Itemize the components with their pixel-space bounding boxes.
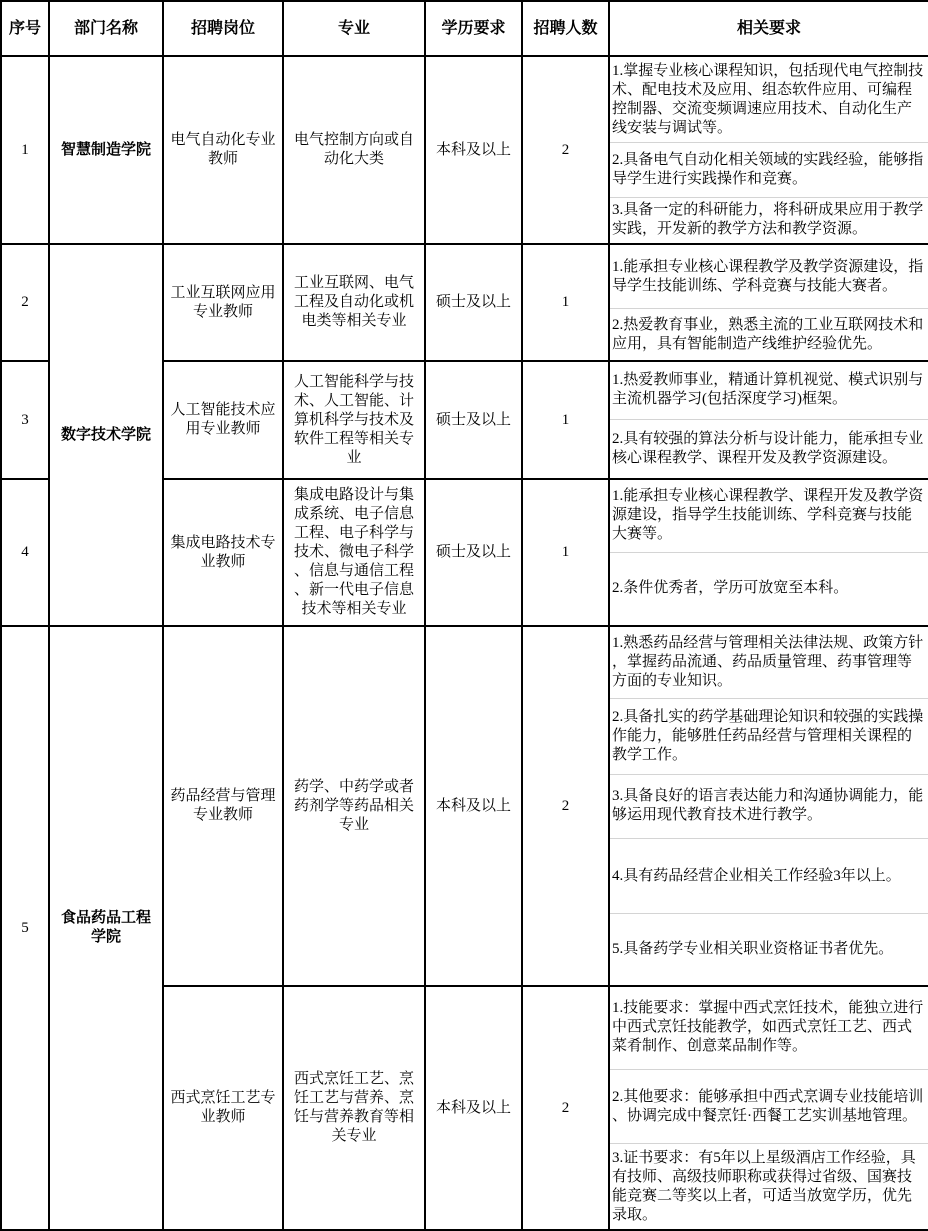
- education-cell: 本科及以上: [425, 986, 522, 1230]
- requirement-item: 2.条件优秀者，学历可放宽至本科。: [610, 552, 928, 625]
- seq-cell: 4: [1, 479, 49, 626]
- seq-cell: 2: [1, 244, 49, 361]
- requirements-cell: 1.能承担专业核心课程教学及教学资源建设，指导学生技能训练、学科竞赛与技能大赛者…: [609, 244, 928, 361]
- recruitment-table: 序号 部门名称 招聘岗位 专业 学历要求 招聘人数 相关要求 1 智慧制造学院 …: [0, 0, 928, 1231]
- requirement-item: 5.具备药学专业相关职业资格证书者优先。: [610, 913, 928, 985]
- department-cell: 食品药品工程学院: [49, 626, 163, 1230]
- col-header-requirements: 相关要求: [609, 1, 928, 56]
- position-cell: 人工智能技术应用专业教师: [163, 361, 283, 479]
- education-cell: 本科及以上: [425, 626, 522, 986]
- requirement-item: 2.具备电气自动化相关领域的实践经验，能够指导学生进行实践操作和竞赛。: [610, 142, 928, 197]
- requirements-list: 1.热爱教师事业，精通计算机视觉、模式识别与主流机器学习(包括深度学习)框架。 …: [610, 362, 928, 478]
- major-cell: 工业互联网、电气工程及自动化或机电类等相关专业: [283, 244, 425, 361]
- position-cell: 西式烹饪工艺专业教师: [163, 986, 283, 1230]
- requirements-cell: 1.掌握专业核心课程知识，包括现代电气控制技术、配电技术及应用、组态软件应用、可…: [609, 56, 928, 244]
- count-cell: 2: [522, 986, 609, 1230]
- requirements-cell: 1.能承担专业核心课程教学、课程开发及教学资源建设，指导学生技能训练、学科竞赛与…: [609, 479, 928, 626]
- col-header-education: 学历要求: [425, 1, 522, 56]
- seq-cell: 3: [1, 361, 49, 479]
- requirement-item: 1.能承担专业核心课程教学、课程开发及教学资源建设，指导学生技能训练、学科竞赛与…: [610, 480, 928, 552]
- position-cell: 药品经营与管理专业教师: [163, 626, 283, 986]
- major-cell: 药学、中药学或者药剂学等药品相关专业: [283, 626, 425, 986]
- count-cell: 2: [522, 56, 609, 244]
- requirement-item: 3.证书要求：有5年以上星级酒店工作经验，具有技师、高级技师职称或获得过省级、国…: [610, 1143, 928, 1229]
- position-cell: 集成电路技术专业教师: [163, 479, 283, 626]
- major-cell: 集成电路设计与集成系统、电子信息工程、电子科学与技术、微电子科学、信息与通信工程…: [283, 479, 425, 626]
- requirement-item: 1.能承担专业核心课程教学及教学资源建设，指导学生技能训练、学科竞赛与技能大赛者…: [610, 245, 928, 308]
- requirement-item: 2.其他要求：能够承担中西式烹调专业技能培训、协调完成中餐烹饪·西餐工艺实训基地…: [610, 1069, 928, 1144]
- requirements-cell: 1.熟悉药品经营与管理相关法律法规、政策方针，掌握药品流通、药品质量管理、药事管…: [609, 626, 928, 986]
- requirement-item: 2.具有较强的算法分析与设计能力，能承担专业核心课程教学、课程开发及教学资源建设…: [610, 419, 928, 478]
- col-header-position: 招聘岗位: [163, 1, 283, 56]
- requirements-list: 1.能承担专业核心课程教学及教学资源建设，指导学生技能训练、学科竞赛与技能大赛者…: [610, 245, 928, 360]
- requirements-list: 1.掌握专业核心课程知识，包括现代电气控制技术、配电技术及应用、组态软件应用、可…: [610, 57, 928, 243]
- count-cell: 2: [522, 626, 609, 986]
- position-cell: 电气自动化专业教师: [163, 56, 283, 244]
- education-cell: 本科及以上: [425, 56, 522, 244]
- table-row: 5 食品药品工程学院 药品经营与管理专业教师 药学、中药学或者药剂学等药品相关专…: [1, 626, 928, 986]
- table-row: 2 数字技术学院 工业互联网应用专业教师 工业互联网、电气工程及自动化或机电类等…: [1, 244, 928, 361]
- col-header-count: 招聘人数: [522, 1, 609, 56]
- count-cell: 1: [522, 244, 609, 361]
- requirement-item: 1.掌握专业核心课程知识，包括现代电气控制技术、配电技术及应用、组态软件应用、可…: [610, 57, 928, 142]
- requirement-item: 2.热爱教育事业，熟悉主流的工业互联网技术和应用，具有智能制造产线维护经验优先。: [610, 308, 928, 360]
- count-cell: 1: [522, 361, 609, 479]
- department-cell: 数字技术学院: [49, 244, 163, 626]
- requirement-item: 1.热爱教师事业，精通计算机视觉、模式识别与主流机器学习(包括深度学习)框架。: [610, 362, 928, 419]
- requirement-item: 4.具有药品经营企业相关工作经验3年以上。: [610, 838, 928, 913]
- header-row: 序号 部门名称 招聘岗位 专业 学历要求 招聘人数 相关要求: [1, 1, 928, 56]
- table-row: 1 智慧制造学院 电气自动化专业教师 电气控制方向或自动化大类 本科及以上 2 …: [1, 56, 928, 244]
- education-cell: 硕士及以上: [425, 244, 522, 361]
- col-header-major: 专业: [283, 1, 425, 56]
- requirements-list: 1.能承担专业核心课程教学、课程开发及教学资源建设，指导学生技能训练、学科竞赛与…: [610, 480, 928, 625]
- requirements-cell: 1.热爱教师事业，精通计算机视觉、模式识别与主流机器学习(包括深度学习)框架。 …: [609, 361, 928, 479]
- requirements-list: 1.熟悉药品经营与管理相关法律法规、政策方针，掌握药品流通、药品质量管理、药事管…: [610, 627, 928, 985]
- major-cell: 西式烹饪工艺、烹饪工艺与营养、烹饪与营养教育等相关专业: [283, 986, 425, 1230]
- count-cell: 1: [522, 479, 609, 626]
- recruitment-table-page: 序号 部门名称 招聘岗位 专业 学历要求 招聘人数 相关要求 1 智慧制造学院 …: [0, 0, 928, 1229]
- position-cell: 工业互联网应用专业教师: [163, 244, 283, 361]
- requirement-item: 3.具备良好的语言表达能力和沟通协调能力，能够运用现代教育技术进行教学。: [610, 774, 928, 839]
- seq-cell: 5: [1, 626, 49, 1230]
- department-cell: 智慧制造学院: [49, 56, 163, 244]
- education-cell: 硕士及以上: [425, 479, 522, 626]
- requirement-item: 1.熟悉药品经营与管理相关法律法规、政策方针，掌握药品流通、药品质量管理、药事管…: [610, 627, 928, 698]
- seq-cell: 1: [1, 56, 49, 244]
- col-header-department: 部门名称: [49, 1, 163, 56]
- requirements-cell: 1.技能要求：掌握中西式烹饪技术，能独立进行中西式烹饪技能教学，如西式烹饪工艺、…: [609, 986, 928, 1230]
- education-cell: 硕士及以上: [425, 361, 522, 479]
- requirements-list: 1.技能要求：掌握中西式烹饪技术，能独立进行中西式烹饪技能教学，如西式烹饪工艺、…: [610, 987, 928, 1229]
- requirement-item: 1.技能要求：掌握中西式烹饪技术，能独立进行中西式烹饪技能教学，如西式烹饪工艺、…: [610, 987, 928, 1069]
- requirement-item: 2.具备扎实的药学基础理论知识和较强的实践操作能力，能够胜任药品经营与管理相关课…: [610, 698, 928, 774]
- requirement-item: 3.具备一定的科研能力，将科研成果应用于教学实践，开发新的教学方法和教学资源。: [610, 197, 928, 243]
- major-cell: 电气控制方向或自动化大类: [283, 56, 425, 244]
- col-header-seq: 序号: [1, 1, 49, 56]
- major-cell: 人工智能科学与技术、人工智能、计算机科学与技术及软件工程等相关专业: [283, 361, 425, 479]
